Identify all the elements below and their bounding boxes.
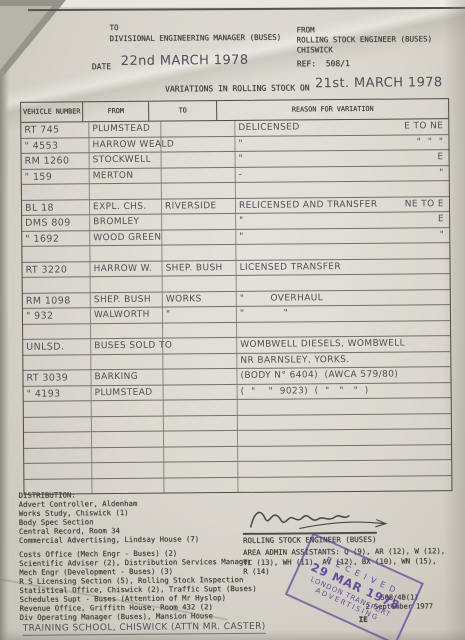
cell-vehicle-number [23,277,91,292]
cell-from: SHEP. BUSH [91,292,163,307]
cell-from: PLUMSTEAD [92,385,164,400]
cell-to [163,353,237,368]
date-value-handwritten: 22nd MARCH 1978 [121,53,249,69]
cell-to: WORKS [163,291,237,306]
cell-to: " [163,307,237,322]
cell-vehicle-number: BL 18 [22,200,90,215]
cell-reason [236,243,449,259]
cell-to: SHEP. BUSH [162,260,236,275]
cell-reason: "E [236,212,449,228]
cell-from [90,184,162,199]
cell-from [91,277,163,292]
cell-from: MERTON [90,168,162,183]
cell-to [163,276,237,291]
cell-vehicle-number: " 932 [23,308,91,323]
date-label: DATE [92,62,111,72]
signature-svg [245,504,395,535]
cell-reason: LICENSED TRANSFER [236,259,449,275]
cell-vehicle-number: RT 745 [21,122,89,137]
column-header-reason: REASON FOR VARIATION [217,99,448,120]
cell-to [164,431,238,446]
cell-to [164,446,238,461]
cell-reason: "" [236,228,449,244]
to-value: DIVISIONAL ENGINEERING MANAGER (BUSES) [110,33,282,44]
cell-vehicle-number [22,246,90,261]
cell-vehicle-number: DMS 809 [22,215,90,230]
cell-reason [238,476,451,492]
cell-vehicle-number [23,324,91,339]
cell-licence-code: E TO NE [404,120,443,133]
table-body: RT 745PLUMSTEADDELICENSEDE TO NE" 4553HA… [21,119,451,494]
column-header-vehicle-number: VEHICLE NUMBER [21,102,83,122]
cell-from: BARKING [91,370,163,385]
cell-licence-code: E [438,213,444,226]
distribution-list: DISTRIBUTION:Advert Controller, Aldenham… [18,489,256,622]
from-label: FROM [296,25,314,35]
cell-reason [238,445,451,461]
cell-vehicle-number: " 1692 [22,231,90,246]
cell-vehicle-number [24,463,92,478]
cell-from: EXPL. CHS. [90,199,162,214]
cell-from: WOOD GREEN [90,230,162,245]
cell-to [161,136,235,151]
cell-to [162,245,236,260]
column-header-to: TO [149,101,217,121]
cell-vehicle-number: UNLSD. [23,339,91,354]
cell-reason: RELICENSED AND TRANSFERNE TO E [236,197,449,213]
cell-reason: "E [236,150,449,166]
cell-from [91,323,163,338]
cell-reason [238,460,451,476]
column-header-from: FROM [83,102,149,122]
cell-from: STOCKWELL [90,153,162,168]
cell-reason: WOMBWELL DIESELS, WOMBWELL [237,336,450,352]
cell-to [164,384,238,399]
cell-to [162,183,236,198]
ref-value: 508/1 [326,59,350,68]
document-content: TO DIVISIONAL ENGINEERING MANAGER (BUSES… [0,0,465,640]
distribution-line: Div Operating Manager (Buses), Mansion H… [20,611,257,622]
cell-from [92,432,164,447]
cell-licence-code: " [439,167,444,180]
cell-from: BUSES SOLD TO [91,339,163,354]
cell-vehicle-number [24,401,92,416]
cell-licence-code: " [440,229,445,242]
cell-from: BROMLEY [90,215,162,230]
cell-reason: -" [236,166,449,182]
cell-reason: NR BARNSLEY, YORKS. [237,352,450,368]
cell-reason [237,274,450,290]
cell-reason: DELICENSEDE TO NE [235,119,448,135]
cell-vehicle-number [24,417,92,432]
cell-from: PLUMSTEAD [89,122,161,137]
cell-reason [238,398,451,414]
subject-title: VARIATIONS IN ROLLING STOCK ON [165,83,310,94]
cell-licence-code: E [437,151,443,164]
cell-reason: "" " " [235,135,448,151]
cell-to [161,121,235,136]
cell-to [164,400,238,415]
ref-label: REF: [297,59,316,68]
cell-to: RIVERSIDE [162,198,236,213]
to-label: TO [109,23,118,33]
cell-vehicle-number: RT 3220 [22,262,90,277]
subject-date-handwritten: 21st. MARCH 1978 [315,75,443,91]
cell-from [92,463,164,478]
from-location: CHISWICK [297,45,333,55]
cell-from [92,401,164,416]
cell-reason: " " [237,305,450,321]
cell-vehicle-number: RT 3039 [23,370,91,385]
cell-to [162,229,236,244]
cell-to [162,152,236,167]
variations-table: VEHICLE NUMBER FROM TO REASON FOR VARIAT… [20,98,452,495]
cell-reason: " OVERHAUL [237,290,450,306]
cell-licence-code: " " " [417,136,444,149]
from-value: ROLLING STOCK ENGINEER (BUSES) [297,34,433,45]
cell-vehicle-number [23,355,91,370]
cell-to [164,415,238,430]
cell-reason: (BODY N° 6404) (AWCA 579/80) [237,367,450,383]
cell-vehicle-number: " 4553 [21,138,89,153]
cell-reason [238,414,451,430]
cell-from: HARROW W. [90,261,162,276]
cell-from [92,416,164,431]
scanned-document-page: TO DIVISIONAL ENGINEERING MANAGER (BUSES… [0,0,465,640]
cell-vehicle-number [24,448,92,463]
cell-to [164,462,238,477]
cell-vehicle-number: " 159 [22,169,90,184]
cell-licence-code: NE TO E [405,198,444,211]
cell-reason: ( " " 9023) ( " " " ) [238,383,451,399]
cell-reason [238,429,451,445]
cell-from: WALWORTH [91,308,163,323]
cell-from [90,246,162,261]
cell-vehicle-number: RM 1260 [22,153,90,168]
cell-vehicle-number: " 4193 [24,386,92,401]
cell-to [163,369,237,384]
cell-reason [237,321,450,337]
training-school-handwritten: TRAINING SCHOOL, CHISWICK (ATTN MR. CAST… [23,622,266,636]
cell-vehicle-number [24,432,92,447]
cell-from: HARROW WEALD [89,137,161,152]
cell-from [91,354,163,369]
cell-to [162,214,236,229]
cell-to [163,338,237,353]
cell-vehicle-number: RM 1098 [23,293,91,308]
cell-vehicle-number [22,184,90,199]
cell-to [162,167,236,182]
cell-reason [236,181,449,197]
ref-line: REF: 508/1 [297,59,350,69]
cell-to [163,322,237,337]
cell-from [92,447,164,462]
